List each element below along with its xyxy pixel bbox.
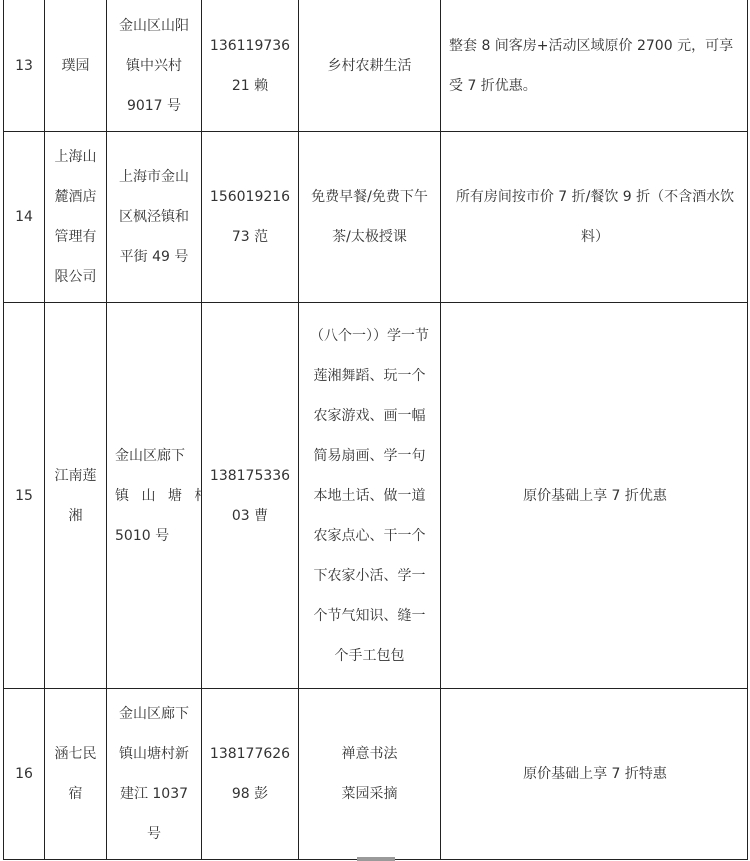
phone-cell: 138175336 03 曹 [202,303,299,689]
address-cell: 上海市金山 区枫泾镇和 平街 49 号 [107,132,202,303]
activity-line: 本地土话、做一道 [303,476,436,516]
phone-contact-line: 73 范 [206,217,294,257]
homestay-offer-table: 13 璞园 金山区山阳 镇中兴村 9017 号 136119736 21 赖 乡… [3,0,748,860]
address-line: 9017 号 [111,86,197,126]
venue-name-line: 麓酒店 [49,177,102,217]
activity-line: 个节气知识、缝一 [303,596,436,636]
phone-line: 138175336 [206,456,294,496]
row-number-cell: 15 [4,303,45,689]
row-number-cell: 16 [4,689,45,860]
document-sheet: 13 璞园 金山区山阳 镇中兴村 9017 号 136119736 21 赖 乡… [3,0,748,860]
activity-line: 茶/太极授课 [303,217,436,257]
venue-name-cell: 江南莲 湘 [45,303,107,689]
venue-name-line: 管理有 [49,217,102,257]
activity-line: 农家点心、干一个 [303,516,436,556]
offer-line: 原价基础上享 7 折优惠 [449,476,741,516]
address-line: 5010 号 [115,516,197,556]
activity-line: （八个一））学一节 [303,316,436,356]
phone-cell: 156019216 73 范 [202,132,299,303]
venue-name-line: 限公司 [49,257,102,297]
activity-line: 莲湘舞蹈、玩一个 [303,356,436,396]
activities-cell: 禅意书法 菜园采摘 [299,689,441,860]
offer-cell: 原价基础上享 7 折特惠 [441,689,748,860]
address-cell: 金山区山阳 镇中兴村 9017 号 [107,0,202,132]
offer-line: 受 7 折优惠。 [449,66,741,106]
venue-name-line: 璞园 [49,46,102,86]
activities-cell: （八个一））学一节 莲湘舞蹈、玩一个 农家游戏、画一幅 简易扇画、学一句 本地土… [299,303,441,689]
phone-contact-line: 21 赖 [206,66,294,106]
offer-line: 料） [449,217,741,257]
address-line: 镇山塘村新 [111,734,197,774]
venue-name-line: 宿 [49,774,102,814]
venue-name-cell: 上海山 麓酒店 管理有 限公司 [45,132,107,303]
address-cell: 金山区廊下 镇 山 塘 村 5010 号 [107,303,202,689]
offer-line: 所有房间按市价 7 折/餐饮 9 折（不含酒水饮 [449,177,741,217]
phone-cell: 136119736 21 赖 [202,0,299,132]
activity-line: 农家游戏、画一幅 [303,396,436,436]
address-line: 金山区山阳 [111,6,197,46]
address-line: 建江 1037 [111,774,197,814]
table-row: 16 涵七民 宿 金山区廊下 镇山塘村新 建江 1037 号 138177626… [4,689,748,860]
activities-cell: 乡村农耕生活 [299,0,441,132]
phone-line: 136119736 [206,26,294,66]
activity-line: 菜园采摘 [303,774,436,814]
offer-cell: 原价基础上享 7 折优惠 [441,303,748,689]
activity-line: 下农家小活、学一 [303,556,436,596]
offer-cell: 整套 8 间客房+活动区域原价 2700 元，可享 受 7 折优惠。 [441,0,748,132]
phone-line: 138177626 [206,734,294,774]
offer-cell: 所有房间按市价 7 折/餐饮 9 折（不含酒水饮 料） [441,132,748,303]
table-row: 15 江南莲 湘 金山区廊下 镇 山 塘 村 5010 号 138175336 … [4,303,748,689]
address-cell: 金山区廊下 镇山塘村新 建江 1037 号 [107,689,202,860]
activity-line: 简易扇画、学一句 [303,436,436,476]
address-line: 区枫泾镇和 [111,197,197,237]
address-line: 上海市金山 [111,157,197,197]
activity-line: 免费早餐/免费下午 [303,177,436,217]
venue-name-cell: 涵七民 宿 [45,689,107,860]
activity-line: 个手工包包 [303,636,436,676]
venue-name-line: 江南莲 [49,456,102,496]
address-line: 金山区廊下 [115,436,197,476]
activity-line: 乡村农耕生活 [303,46,436,86]
venue-name-line: 上海山 [49,137,102,177]
venue-name-cell: 璞园 [45,0,107,132]
activities-cell: 免费早餐/免费下午 茶/太极授课 [299,132,441,303]
row-number-cell: 13 [4,0,45,132]
venue-name-line: 涵七民 [49,734,102,774]
offer-line: 原价基础上享 7 折特惠 [449,754,741,794]
address-line: 镇中兴村 [111,46,197,86]
address-line: 平街 49 号 [111,237,197,277]
phone-contact-line: 03 曹 [206,496,294,536]
phone-line: 156019216 [206,177,294,217]
activity-line: 禅意书法 [303,734,436,774]
offer-line: 整套 8 间客房+活动区域原价 2700 元，可享 [449,26,741,66]
row-number-cell: 14 [4,132,45,303]
phone-contact-line: 98 彭 [206,774,294,814]
address-line: 镇 山 塘 村 [115,476,197,516]
phone-cell: 138177626 98 彭 [202,689,299,860]
address-line: 金山区廊下 [111,694,197,734]
table-row: 13 璞园 金山区山阳 镇中兴村 9017 号 136119736 21 赖 乡… [4,0,748,132]
table-row: 14 上海山 麓酒店 管理有 限公司 上海市金山 区枫泾镇和 平街 49 号 1… [4,132,748,303]
venue-name-line: 湘 [49,496,102,536]
address-line: 号 [111,814,197,854]
scrollbar-thumb[interactable] [357,857,395,861]
